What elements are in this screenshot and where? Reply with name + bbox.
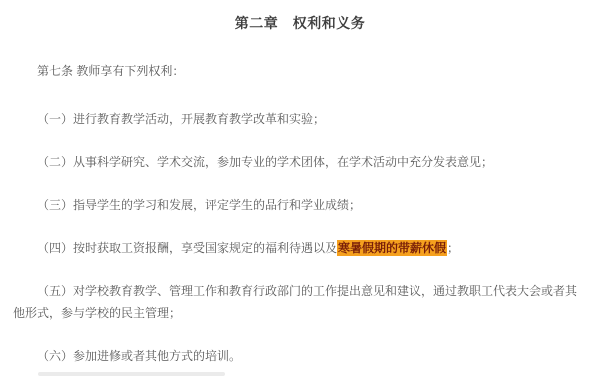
article-intro: 第七条 教师享有下列权利：	[13, 60, 587, 82]
cutoff-content-ghost	[38, 372, 225, 376]
list-item: （四）按时获取工资报酬，享受国家规定的福利待遇以及寒暑假期的带薪休假；	[13, 237, 587, 259]
list-item: （一）进行教育教学活动，开展教育教学改革和实验；	[13, 108, 587, 130]
chapter-title: 第二章 权利和义务	[13, 12, 587, 34]
list-item: （六）参加进修或者其他方式的培训。	[13, 345, 587, 367]
item-text: （六）参加进修或者其他方式的培训。	[37, 349, 241, 363]
item-text: （四）按时获取工资报酬，享受国家规定的福利待遇以及	[37, 241, 337, 255]
rights-list: （一）进行教育教学活动，开展教育教学改革和实验； （二）从事科学研究、学术交流，…	[13, 108, 587, 367]
item-text: （三）指导学生的学习和发展，评定学生的品行和学业成绩；	[37, 198, 361, 212]
item-text-after: ；	[447, 241, 459, 255]
item-text: （二）从事科学研究、学术交流，参加专业的学术团体，在学术活动中充分发表意见；	[37, 155, 493, 169]
document-page: 第二章 权利和义务 第七条 教师享有下列权利： （一）进行教育教学活动，开展教育…	[0, 0, 600, 377]
list-item: （二）从事科学研究、学术交流，参加专业的学术团体，在学术活动中充分发表意见；	[13, 151, 587, 173]
list-item: （五）对学校教育教学、管理工作和教育行政部门的工作提出意见和建议，通过教职工代表…	[13, 280, 587, 324]
item-text: （一）进行教育教学活动，开展教育教学改革和实验；	[37, 112, 325, 126]
highlighted-text: 寒暑假期的带薪休假	[337, 240, 447, 256]
list-item: （三）指导学生的学习和发展，评定学生的品行和学业成绩；	[13, 194, 587, 216]
item-text: （五）对学校教育教学、管理工作和教育行政部门的工作提出意见和建议，通过教职工代表…	[13, 284, 577, 320]
